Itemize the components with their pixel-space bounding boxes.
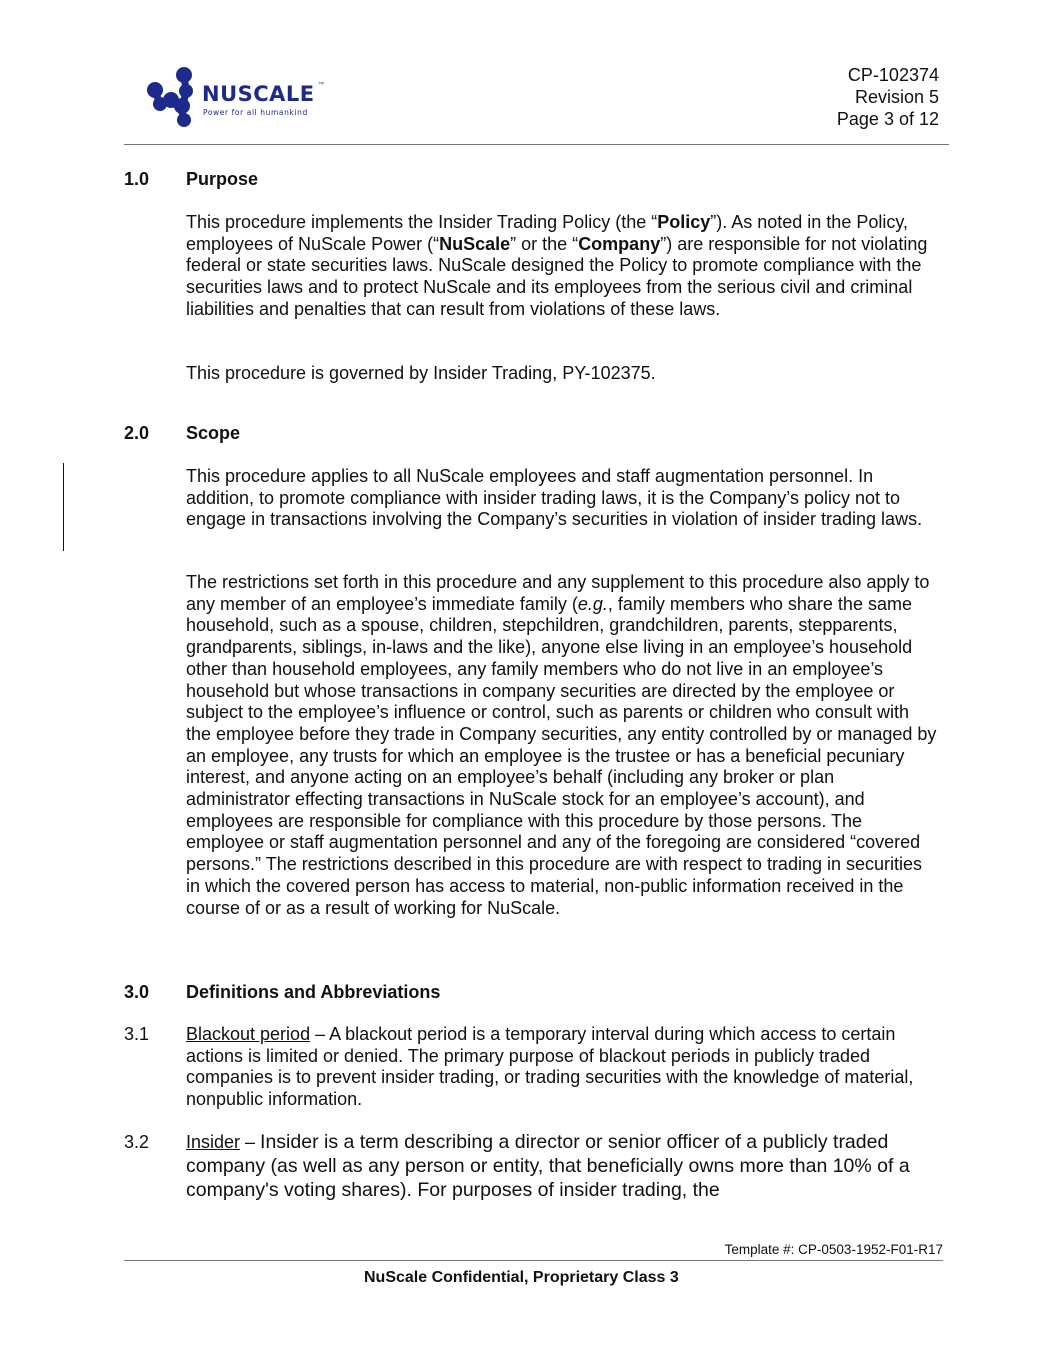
header-divider <box>124 144 949 145</box>
section-title: Scope <box>186 422 240 444</box>
definition-blackout-period: 3.1 Blackout period – A blackout period … <box>124 1024 944 1114</box>
company-logo: NUSCALE ™ Power for all humankind <box>146 66 336 128</box>
definition-term: Insider <box>186 1132 240 1152</box>
section-number: 2.0 <box>124 422 149 444</box>
definition-term: Blackout period <box>186 1024 310 1044</box>
logo-tagline: Power for all humankind <box>203 108 308 117</box>
nuscale-molecule-logo-icon <box>146 66 202 128</box>
confidentiality-notice: NuScale Confidential, Proprietary Class … <box>364 1269 679 1287</box>
document-number: CP-102374 <box>837 64 939 86</box>
definition-text: Blackout period – A blackout period is a… <box>186 1024 938 1111</box>
purpose-paragraph-2: This procedure is governed by Insider Tr… <box>186 363 938 385</box>
revision: Revision 5 <box>837 86 939 108</box>
template-number: Template #: CP-0503-1952-F01-R17 <box>725 1242 943 1257</box>
definition-number: 3.2 <box>124 1130 149 1154</box>
scope-paragraph-1: This procedure applies to all NuScale em… <box>186 466 938 531</box>
definition-text: Insider – Insider is a term describing a… <box>186 1130 938 1202</box>
section-title: Purpose <box>186 168 258 190</box>
section-number: 1.0 <box>124 168 149 190</box>
section-heading-definitions: 3.0 Definitions and Abbreviations <box>124 981 624 1003</box>
revision-change-bar <box>63 463 64 551</box>
page-number: Page 3 of 12 <box>837 108 939 130</box>
section-number: 3.0 <box>124 981 149 1003</box>
section-heading-scope: 2.0 Scope <box>124 422 524 444</box>
scope-paragraph-2: The restrictions set forth in this proce… <box>186 572 938 919</box>
definition-insider: 3.2 Insider – Insider is a term describi… <box>124 1130 944 1205</box>
footer-divider <box>124 1260 943 1261</box>
section-title: Definitions and Abbreviations <box>186 981 440 1003</box>
logo-wordmark: NUSCALE <box>202 82 315 106</box>
logo-trademark: ™ <box>318 82 324 88</box>
purpose-paragraph-1: This procedure implements the Insider Tr… <box>186 212 938 321</box>
definition-number: 3.1 <box>124 1024 149 1046</box>
document-meta: CP-102374 Revision 5 Page 3 of 12 <box>837 64 939 130</box>
section-heading-purpose: 1.0 Purpose <box>124 168 524 190</box>
